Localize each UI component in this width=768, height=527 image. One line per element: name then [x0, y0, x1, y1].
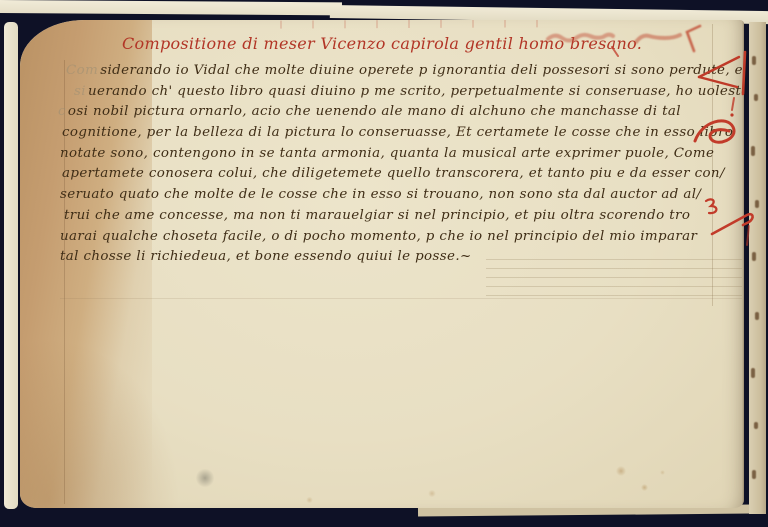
manuscript-line: uarai qualche choseta facile, o di pocho… [58, 227, 744, 248]
line-text: osi nobil pictura ornarlo, acio che uene… [68, 104, 681, 119]
line-text: notate sono, contengono in se tanta armo… [60, 146, 714, 161]
rubric-title: Compositione di meser Vicenzo capirola g… [122, 34, 642, 53]
manuscript-line: cosi nobil pictura ornarlo, acio che uen… [58, 102, 744, 123]
manuscript-page: Compositione di meser Vicenzo capirola g… [20, 20, 744, 508]
line-text: trui che ame concesse, ma non ti marauel… [64, 208, 690, 223]
stitch-mark [752, 252, 756, 261]
faded-prefix: si [74, 84, 86, 99]
manuscript-line: Comsiderando io Vidal che molte diuine o… [66, 61, 744, 82]
line-text: uarai qualche choseta facile, o di pocho… [60, 229, 697, 244]
manuscript-line: notate sono, contengono in se tanta armo… [58, 144, 744, 165]
line-text: uerando ch' questo libro quasi diuino p … [88, 84, 744, 99]
ink-smudge [196, 468, 214, 488]
foxing-spot [641, 484, 648, 491]
stitch-mark [752, 56, 756, 65]
manuscript-text-block: Comsiderando io Vidal che molte diuine o… [58, 61, 744, 268]
stitch-mark [754, 94, 758, 101]
faded-prefix: c [58, 104, 66, 119]
red-show-through-ticks [250, 20, 560, 29]
faded-prefix: Com [66, 63, 98, 78]
manuscript-line: trui che ame concesse, ma non ti marauel… [62, 206, 744, 227]
line-text: cognitione, per la belleza di la pictura… [62, 125, 733, 140]
line-text: apertamete conosera colui, che diligetem… [62, 166, 725, 181]
foxing-spot [428, 490, 436, 497]
manuscript-line: siuerando ch' questo libro quasi diuino … [74, 82, 744, 103]
manuscript-line: seruato quato che molte de le cosse che … [58, 185, 744, 206]
line-text: tal chosse li richiedeua, et bone essend… [60, 249, 472, 264]
stitch-mark [755, 312, 759, 320]
line-text: seruato quato che molte de le cosse che … [60, 187, 701, 202]
stitch-mark [755, 200, 759, 208]
left-underlying-page-edge [4, 22, 18, 509]
manuscript-line: apertamete conosera colui, che diligetem… [60, 164, 744, 185]
line-text: siderando io Vidal che molte diuine oper… [100, 63, 744, 78]
foxing-spot [616, 466, 626, 476]
stitch-mark [751, 146, 755, 156]
manuscript-line: tal chosse li richiedeua, et bone essend… [58, 247, 744, 268]
top-page-edge-left [0, 0, 342, 15]
foxing-spot [306, 497, 313, 503]
stitch-mark [752, 470, 756, 479]
faint-rule-line [60, 298, 742, 299]
stitch-mark [754, 422, 758, 429]
manuscript-scan: { "document": { "title": "Compositione d… [0, 0, 768, 527]
foxing-spot [660, 470, 665, 475]
stitch-mark [751, 368, 755, 378]
manuscript-line: cognitione, per la belleza di la pictura… [60, 123, 744, 144]
